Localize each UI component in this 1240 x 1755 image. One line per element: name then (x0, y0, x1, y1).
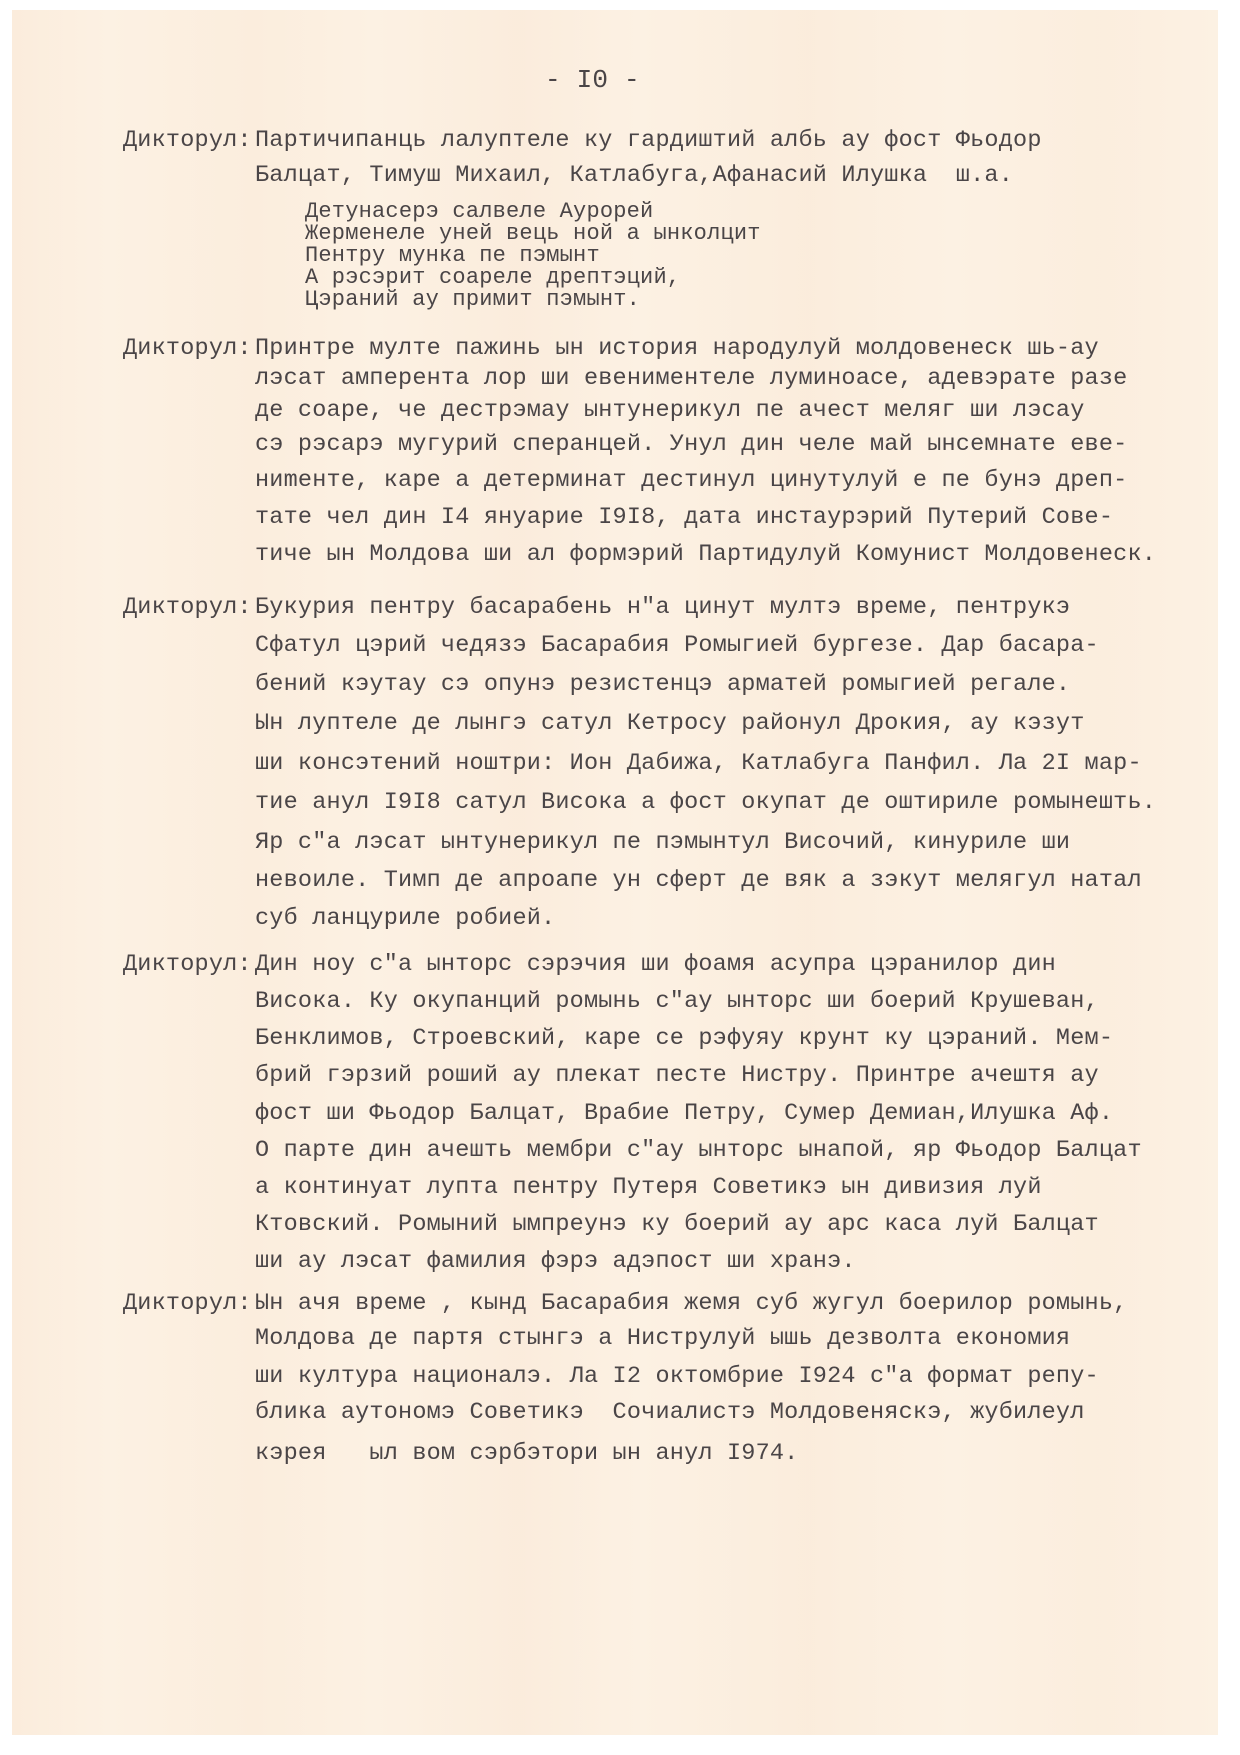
text-line: фост ши Фьодор Балцат, Врабие Петру, Сум… (255, 1100, 1113, 1127)
text-line: Балцат, Тимуш Михаил, Катлабуга,Афанасий… (255, 162, 1013, 189)
poem-line: Жерменеле уней вець ной а ынколцит (305, 223, 761, 245)
text-line: ниmенте, каре а детерминат дестинул цину… (255, 467, 1127, 494)
text-line: де соаре, че дестрэмау ынтунерикул пе ач… (255, 397, 1085, 424)
text-line: Ын ачя време , кынд Басарабия жемя суб ж… (255, 1290, 1127, 1317)
text-line: ши консэтений ноштри: Ион Дабижа, Катлаб… (255, 750, 1142, 777)
speaker-label: Дикторул: (123, 335, 252, 362)
text-line: бений кэутау сэ опунэ резистенцэ арматей… (255, 671, 1070, 698)
text-line: Ктовский. Ромыний ымпреунэ ку боерий ау … (255, 1211, 1099, 1238)
text-line: Висока. Ку окупанций ромынь с"ау ынторс … (255, 988, 1099, 1015)
text-line: тие анул I9I8 сатул Висока а фост окупат… (255, 789, 1156, 816)
text-line: Ын луптеле де лынгэ сатул Кетросу району… (255, 710, 1085, 737)
text-line: ши ау лэсат фамилия фэрэ адэпост ши хран… (255, 1248, 856, 1275)
speaker-label: Дикторул: (123, 951, 252, 978)
poem-line: Цэраний ау примит пэмынт. (305, 289, 640, 311)
text-line: невоиле. Тимп де апроапе ун сферт де вяк… (255, 867, 1142, 894)
text-line: Яр с"а лэсат ынтунерикул пе пэмынтул Вис… (255, 829, 1070, 856)
text-line: сэ рэсарэ мугурий сперанцей. Унул дин че… (255, 431, 1127, 458)
speaker-label: Дикторул: (123, 127, 252, 154)
poem-line: А рэсэрит соареле дрептэций, (305, 267, 680, 289)
text-line: Букурия пентру басарабень н"а цинут мулт… (255, 594, 1070, 621)
text-line: блика аутономэ Советикэ Сочиалистэ Молдо… (255, 1399, 1085, 1426)
text-line: ши култура националэ. Ла I2 октомбрие I9… (255, 1363, 1099, 1390)
poem-line: Пентру мунка пе пэмынт (305, 245, 600, 267)
text-line: брий гэрзий роший ау плекат песте Нистру… (255, 1062, 1099, 1089)
text-line: а континуат лупта пентру Путеря Советикэ… (255, 1174, 1042, 1201)
text-line: кэрея ыл вом сэрбэтори ын анул I974. (255, 1440, 799, 1467)
speaker-label: Дикторул: (123, 594, 252, 621)
text-line: суб ланцуриле робией. (255, 905, 555, 932)
text-line: Сфатул цэрий чедязэ Басарабия Ромыгией б… (255, 632, 1099, 659)
speaker-label: Дикторул: (123, 1290, 252, 1317)
text-line: лэсат амперента лор ши евениментеле луми… (255, 365, 1127, 392)
typewritten-page: - I0 - Дикторул: Партичипанць лалуптеле … (12, 10, 1218, 1735)
text-line: тате чел дин I4 януарие I9I8, дата инста… (255, 504, 1113, 531)
text-line: Молдова де партя стынгэ а Ниструлуй ышь … (255, 1325, 1070, 1352)
text-line: тиче ын Молдова ши ал формэрий Партидулу… (255, 541, 1156, 568)
page-number: - I0 - (545, 65, 640, 95)
poem-line: Детунасерэ салвеле Аурорей (305, 201, 653, 223)
text-line: Партичипанць лалуптеле ку гардиштий албь… (255, 127, 1042, 154)
text-line: Дин ноу с"а ынторс сэрэчия ши фоамя асуп… (255, 951, 1056, 978)
text-line: О парте дин ачешть мембри с"ау ынторс ын… (255, 1137, 1142, 1164)
text-line: Бенклимов, Строевский, каре се рэфуяу кр… (255, 1025, 1113, 1052)
text-line: Принтре мулте пажинь ын история народулу… (255, 335, 1099, 362)
